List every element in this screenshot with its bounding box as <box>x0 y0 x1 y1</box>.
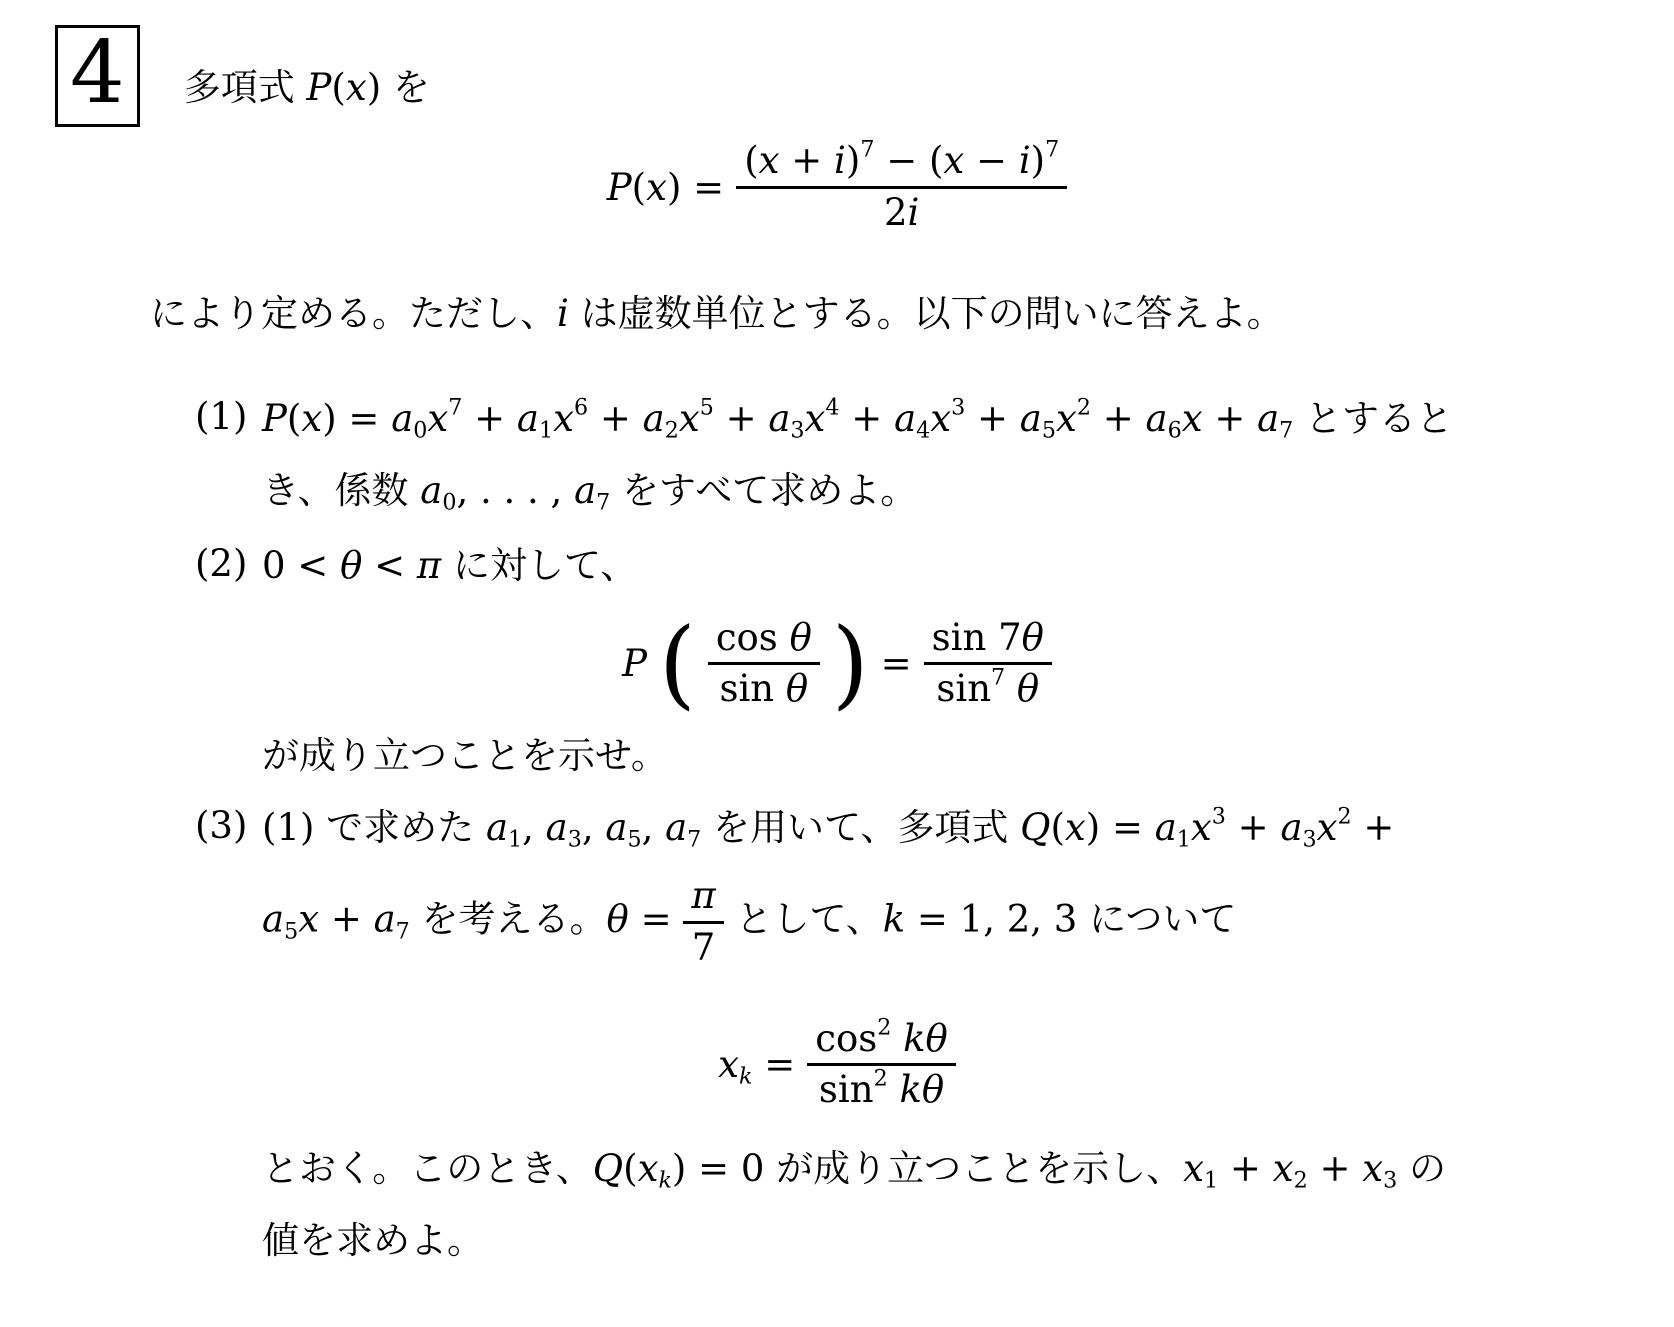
text-run: Q <box>593 1147 623 1190</box>
text-run: a <box>517 397 539 440</box>
text-run: a <box>574 469 596 512</box>
text-run: x <box>1056 397 1077 440</box>
text-run: P <box>622 642 647 685</box>
text-run: kθ <box>899 1068 944 1111</box>
text-run: θ <box>607 898 629 941</box>
eq2-inner-numerator: cos θ <box>708 618 820 663</box>
question-1-label: (1) <box>195 395 262 539</box>
text-run: a <box>546 806 568 849</box>
text-run: 5 <box>1042 417 1056 446</box>
problem-header: 4 多項式 P(x) を <box>55 0 1674 127</box>
text-run: + <box>965 397 1020 440</box>
text-run: a <box>391 397 413 440</box>
eq2-equals: = <box>881 642 912 685</box>
text-run: ( <box>744 139 758 182</box>
text-run: ( <box>632 166 646 209</box>
text-run: の <box>1397 1147 1446 1190</box>
text-run: , <box>522 806 546 849</box>
text-run: sin <box>936 667 991 710</box>
text-run: ( <box>929 139 943 182</box>
text-run: x <box>1065 806 1086 849</box>
eq3-denominator: sin2 kθ <box>807 1063 956 1111</box>
text-run: θ <box>790 616 812 659</box>
fraction-denominator: 7 <box>683 921 723 969</box>
eq3-lhs: xk = <box>718 1043 795 1086</box>
text-run: x <box>805 397 826 440</box>
text-run: が成り立つことを示し、 <box>764 1147 1183 1190</box>
eq1-lhs: P(x) = <box>607 166 724 209</box>
text-run: ) <box>1031 139 1045 182</box>
text-run: x <box>301 397 322 440</box>
text-run: 7 <box>991 666 1005 690</box>
text-run: 2 <box>665 417 679 446</box>
text-run: P <box>306 66 331 109</box>
text-run: ( <box>623 1147 637 1190</box>
intro-line: 多項式 P(x) を <box>184 57 430 111</box>
question-1-line-1: P(x) = a0x7 + a1x6 + a2x5 + a3x4 + a4x3 … <box>262 395 1674 443</box>
text-run: 多項式 <box>184 66 307 109</box>
text-run: き、係数 <box>262 469 420 512</box>
text-run: 0 <box>442 489 456 518</box>
text-run: 1 <box>508 826 522 855</box>
text-run: が成り立つことを示せ。 <box>262 734 668 777</box>
text-run: x <box>679 397 700 440</box>
problem-number: 4 <box>70 23 125 123</box>
text-run: a <box>643 397 665 440</box>
text-run: 7 <box>448 394 462 423</box>
question-3-label: (3) <box>195 804 262 992</box>
text-run: + <box>1226 806 1281 849</box>
text-run: ) = 0 <box>672 1147 765 1190</box>
text-run: 7 <box>396 918 410 947</box>
text-run: を用いて、多項式 <box>701 806 1020 849</box>
text-run: a <box>894 397 916 440</box>
text-run: i <box>557 292 569 335</box>
text-run: a <box>605 806 627 849</box>
text-run: 0 < <box>262 544 340 587</box>
text-run: k <box>883 898 905 941</box>
text-run: x <box>553 397 574 440</box>
text-run: a <box>1155 806 1177 849</box>
eq1-fraction: (x + i)7 − (x − i)7 2i <box>736 141 1067 233</box>
text-run: 7 <box>596 489 610 518</box>
text-run: + <box>1352 806 1395 849</box>
text-run: Q <box>1020 806 1050 849</box>
text-run: 3 <box>790 417 804 446</box>
text-run: x <box>1317 806 1338 849</box>
fraction-numerator: π <box>683 876 723 921</box>
text-run: 5 <box>700 394 714 423</box>
text-run: x <box>1273 1147 1294 1190</box>
text-run: = <box>881 642 912 685</box>
text-run: k <box>739 1064 752 1090</box>
text-run: cos <box>815 1017 877 1060</box>
question-1-line-2: き、係数 a0, . . . , a7 をすべて求めよ。 <box>262 467 1674 515</box>
question-3-closing-line-2: 値を求めよ。 <box>262 1217 1674 1265</box>
text-run: sin <box>819 1068 874 1111</box>
text-run: x <box>346 66 367 109</box>
eq3-fraction: cos2 kθ sin2 kθ <box>807 1019 956 1111</box>
text-run: < <box>362 544 417 587</box>
text-run: 2 <box>1294 1167 1308 1196</box>
text-run: x <box>1182 397 1203 440</box>
text-run: 6 <box>1168 417 1182 446</box>
text-run: で求めた <box>314 806 486 849</box>
text-run: 2 <box>884 191 908 234</box>
question-3-closing-line-1: とおく。このとき、Q(xk) = 0 が成り立つことを示し、x1 + x2 + … <box>262 1145 1674 1193</box>
text-run: 3 <box>568 826 582 855</box>
text-run: , <box>642 806 666 849</box>
question-2-label: (2) <box>195 542 262 614</box>
question-3-body: (1) で求めた a1, a3, a5, a7 を用いて、多項式 Q(x) = … <box>262 804 1674 992</box>
question-3-line-1: (1) で求めた a1, a3, a5, a7 を用いて、多項式 Q(x) = … <box>262 804 1674 852</box>
text-run: x <box>1183 1147 1204 1190</box>
text-run: に対して、 <box>441 544 637 587</box>
question-1-body: P(x) = a0x7 + a1x6 + a2x5 + a3x4 + a4x3 … <box>262 395 1674 539</box>
display-equation-identity: P ( cos θ sin θ ) = sin 7θ sin7 θ <box>0 618 1674 710</box>
text-run: 2 <box>1077 394 1091 423</box>
text-run: x <box>298 898 319 941</box>
text-run: a <box>374 898 396 941</box>
text-run <box>1005 667 1017 710</box>
text-run: = <box>752 1043 795 1086</box>
text-run: 3 <box>1303 826 1317 855</box>
question-2-line-1: 0 < θ < π に対して、 <box>262 542 1674 590</box>
text-run: x <box>646 166 667 209</box>
text-run: 5 <box>284 918 298 947</box>
text-run: ) = <box>667 166 724 209</box>
text-run: 1 <box>539 417 553 446</box>
text-run: P <box>262 397 287 440</box>
eq1-numerator: (x + i)7 − (x − i)7 <box>736 141 1067 186</box>
text-run: , . . . , <box>456 469 574 512</box>
text-run: a <box>768 397 790 440</box>
problem-number-box: 4 <box>55 25 140 127</box>
text-run: 7 <box>1279 417 1293 446</box>
text-run: θ <box>340 544 362 587</box>
inline-fraction: π7 <box>683 876 723 968</box>
text-run: ) = <box>322 397 391 440</box>
text-run: x <box>930 397 951 440</box>
text-run: π <box>417 544 441 587</box>
text-run: 4 <box>825 394 839 423</box>
text-run: ( <box>287 397 301 440</box>
eq2-rhs-numerator: sin 7θ <box>924 618 1052 663</box>
text-run: 3 <box>1212 802 1226 831</box>
text-run: + <box>840 397 895 440</box>
exam-page: 4 多項式 P(x) を P(x) = (x + i)7 − (x − i)7 … <box>0 0 1674 1327</box>
text-run: i <box>908 191 920 234</box>
question-3: (3) (1) で求めた a1, a3, a5, a7 を用いて、多項式 Q(x… <box>195 804 1674 992</box>
text-run: + <box>319 898 374 941</box>
text-run: + <box>1308 1147 1363 1190</box>
question-3-line-2: a5x + a7 を考える。θ = π7 として、k = 1, 2, 3 につい… <box>262 876 1674 968</box>
text-run: ) = <box>1086 806 1155 849</box>
text-run: 7 <box>1045 137 1059 161</box>
text-run: a <box>665 806 687 849</box>
text-run: x <box>1191 806 1212 849</box>
text-run: a <box>486 806 508 849</box>
text-run: ( <box>1050 806 1064 849</box>
text-run: θ <box>1022 616 1044 659</box>
eq2-inner-denominator: sin θ <box>708 662 820 710</box>
eq3-numerator: cos2 kθ <box>807 1019 956 1064</box>
text-run: + <box>462 397 517 440</box>
eq1-denominator: 2i <box>736 186 1067 234</box>
text-run: x <box>638 1147 659 1190</box>
text-run: 2 <box>877 1015 891 1039</box>
text-run: = 1, 2, 3 <box>905 898 1077 941</box>
text-run: 7 <box>692 926 716 969</box>
text-run <box>888 1068 900 1111</box>
text-run: + <box>1218 1147 1273 1190</box>
text-run: として、 <box>724 898 883 941</box>
text-run: x <box>718 1043 739 1086</box>
definition-note: により定める。ただし、i は虚数単位とする。以下の問いに答えよ。 <box>150 283 1674 337</box>
display-equation-xk: xk = cos2 kθ sin2 kθ <box>0 1019 1674 1111</box>
text-run: θ <box>786 667 808 710</box>
text-run: 1 <box>1177 826 1191 855</box>
text-run: , <box>582 806 606 849</box>
text-run: cos <box>716 616 790 659</box>
text-run: ) <box>367 66 381 109</box>
text-run: 3 <box>1383 1167 1397 1196</box>
text-run: i <box>834 139 846 182</box>
text-run: 1 <box>1204 1167 1218 1196</box>
eq2-rhs-fraction: sin 7θ sin7 θ <box>924 618 1052 710</box>
text-run: + <box>714 397 769 440</box>
text-run: π <box>691 874 715 917</box>
text-run: をすべて求めよ。 <box>610 469 917 512</box>
text-run: 値を求めよ。 <box>262 1219 484 1262</box>
text-run: 5 <box>627 826 641 855</box>
eq2-rhs-denominator: sin7 θ <box>924 662 1052 710</box>
text-run: θ <box>1017 667 1039 710</box>
text-run: x <box>943 139 964 182</box>
text-run: a <box>1280 806 1302 849</box>
text-run: 4 <box>916 417 930 446</box>
text-run: a <box>1020 397 1042 440</box>
text-run: i <box>1019 139 1031 182</box>
text-run: a <box>420 469 442 512</box>
text-run: 6 <box>574 394 588 423</box>
text-run: x <box>427 397 448 440</box>
text-run: を考える。 <box>410 898 607 941</box>
text-run: k <box>658 1167 671 1196</box>
text-run: x <box>759 139 780 182</box>
text-run: 0 <box>413 417 427 446</box>
text-run: + <box>1203 397 1258 440</box>
text-run: P <box>607 166 632 209</box>
text-run: (1) <box>262 806 314 849</box>
text-run: は虚数単位とする。以下の問いに答えよ。 <box>569 292 1284 335</box>
text-run: により定める。ただし、 <box>150 292 557 335</box>
display-equation-definition: P(x) = (x + i)7 − (x − i)7 2i <box>0 141 1674 233</box>
text-run: + <box>588 397 643 440</box>
text-run: 2 <box>874 1067 888 1091</box>
text-run: a <box>1257 397 1279 440</box>
text-run: とおく。このとき、 <box>262 1147 593 1190</box>
text-run: とすると <box>1293 397 1453 440</box>
eq2-lhs: P <box>622 642 647 685</box>
text-run <box>891 1017 903 1060</box>
text-run: kθ <box>903 1017 948 1060</box>
text-run: sin <box>719 667 785 710</box>
text-run: 7 <box>860 137 874 161</box>
text-run: + <box>780 139 835 182</box>
question-1: (1) P(x) = a0x7 + a1x6 + a2x5 + a3x4 + a… <box>195 395 1674 539</box>
text-run: − <box>964 139 1019 182</box>
text-run: − <box>874 139 929 182</box>
eq2-inner-fraction: cos θ sin θ <box>708 618 820 710</box>
question-2-body: 0 < θ < π に対して、 <box>262 542 1674 614</box>
text-run: ( <box>331 66 345 109</box>
text-run: sin 7 <box>932 616 1022 659</box>
text-run: a <box>262 898 284 941</box>
text-run: 2 <box>1338 802 1352 831</box>
text-run: 3 <box>951 394 965 423</box>
text-run: a <box>1146 397 1168 440</box>
text-run: x <box>1362 1147 1383 1190</box>
text-run: について <box>1077 898 1236 941</box>
text-run: を <box>381 66 430 109</box>
text-run: = <box>629 898 684 941</box>
question-2: (2) 0 < θ < π に対して、 <box>195 542 1674 614</box>
question-2-continuation: が成り立つことを示せ。 <box>262 732 1674 780</box>
text-run: 7 <box>687 826 701 855</box>
text-run: + <box>1091 397 1146 440</box>
text-run: ) <box>846 139 860 182</box>
